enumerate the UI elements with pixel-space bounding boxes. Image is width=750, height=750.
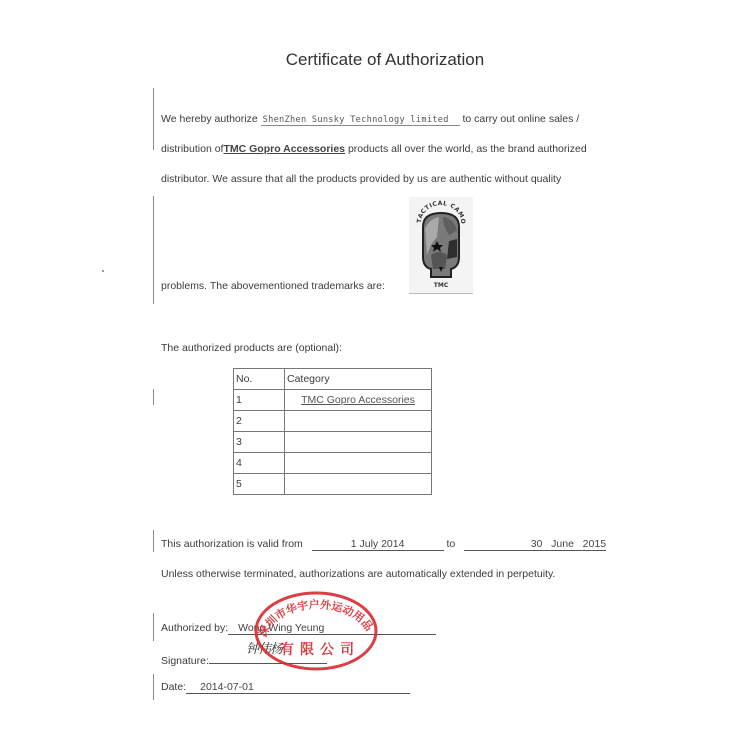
paragraph-line-2: distribution ofTMC Gopro Accessories pro… xyxy=(161,143,587,155)
svg-text:有限公司: 有限公司 xyxy=(280,641,360,658)
svg-text:TMC: TMC xyxy=(434,282,449,289)
margin-bar xyxy=(153,613,154,641)
validity-to-label: to xyxy=(447,538,456,550)
authorized-by-label: Authorized by: xyxy=(161,622,228,634)
authorized-company: ShenZhen Sunsky Technology limited xyxy=(261,115,451,126)
table-row: 2 xyxy=(234,411,432,432)
brand-name: TMC Gopro Accessories xyxy=(223,143,345,155)
row-no: 2 xyxy=(234,411,285,432)
margin-bar xyxy=(153,88,154,150)
line2-prefix: distribution of xyxy=(161,143,223,155)
table-row: 5 xyxy=(234,474,432,495)
row-category xyxy=(285,453,432,474)
table-row: 1 TMC Gopro Accessories xyxy=(234,390,432,411)
validity-line: This authorization is valid from 1 July … xyxy=(161,538,606,551)
company-seal: 深圳市华宇户外运动用品 有限公司 xyxy=(252,590,380,672)
validity-prefix: This authorization is valid from xyxy=(161,538,303,550)
header-category: Category xyxy=(285,369,432,390)
table-row: 3 xyxy=(234,432,432,453)
header-no: No. xyxy=(234,369,285,390)
margin-bar xyxy=(153,389,154,405)
scan-speck xyxy=(102,270,104,272)
products-table: No. Category 1 TMC Gopro Accessories 2 3… xyxy=(233,368,432,495)
date-label: Date: xyxy=(161,681,186,693)
margin-bar xyxy=(153,674,154,700)
trademark-logo: TACTICAL CAMO TMC xyxy=(409,197,473,294)
line2-suffix: products all over the world, as the bran… xyxy=(348,143,587,155)
row-no: 5 xyxy=(234,474,285,495)
validity-note: Unless otherwise terminated, authorizati… xyxy=(161,568,555,580)
line1-suffix: to carry out online sales / xyxy=(462,113,579,125)
table-header-row: No. Category xyxy=(234,369,432,390)
row-no: 1 xyxy=(234,390,285,411)
paragraph-line-1: We hereby authorize ShenZhen Sunsky Tech… xyxy=(161,113,579,125)
date-value: 2014-07-01 xyxy=(186,681,410,694)
products-intro: The authorized products are (optional): xyxy=(161,342,342,354)
paragraph-line-4: problems. The abovementioned trademarks … xyxy=(161,280,385,292)
date-line: Date:2014-07-01 xyxy=(161,681,410,694)
margin-bar xyxy=(153,196,154,304)
row-category: TMC Gopro Accessories xyxy=(285,390,432,411)
valid-from-date: 1 July 2014 xyxy=(312,538,444,551)
valid-to-date: 30 June 2015 xyxy=(464,538,606,551)
document-title: Certificate of Authorization xyxy=(0,50,750,70)
row-no: 4 xyxy=(234,453,285,474)
signature-label: Signature: xyxy=(161,655,209,667)
row-no: 3 xyxy=(234,432,285,453)
red-company-seal-icon: 深圳市华宇户外运动用品 有限公司 xyxy=(252,590,380,672)
tactical-camo-skull-shield-icon: TACTICAL CAMO TMC xyxy=(409,197,473,293)
row-category xyxy=(285,411,432,432)
line1-prefix: We hereby authorize xyxy=(161,113,258,125)
table-row: 4 xyxy=(234,453,432,474)
paragraph-line-3: distributor. We assure that all the prod… xyxy=(161,173,561,185)
row-category xyxy=(285,432,432,453)
margin-bar xyxy=(153,530,154,552)
row-category xyxy=(285,474,432,495)
